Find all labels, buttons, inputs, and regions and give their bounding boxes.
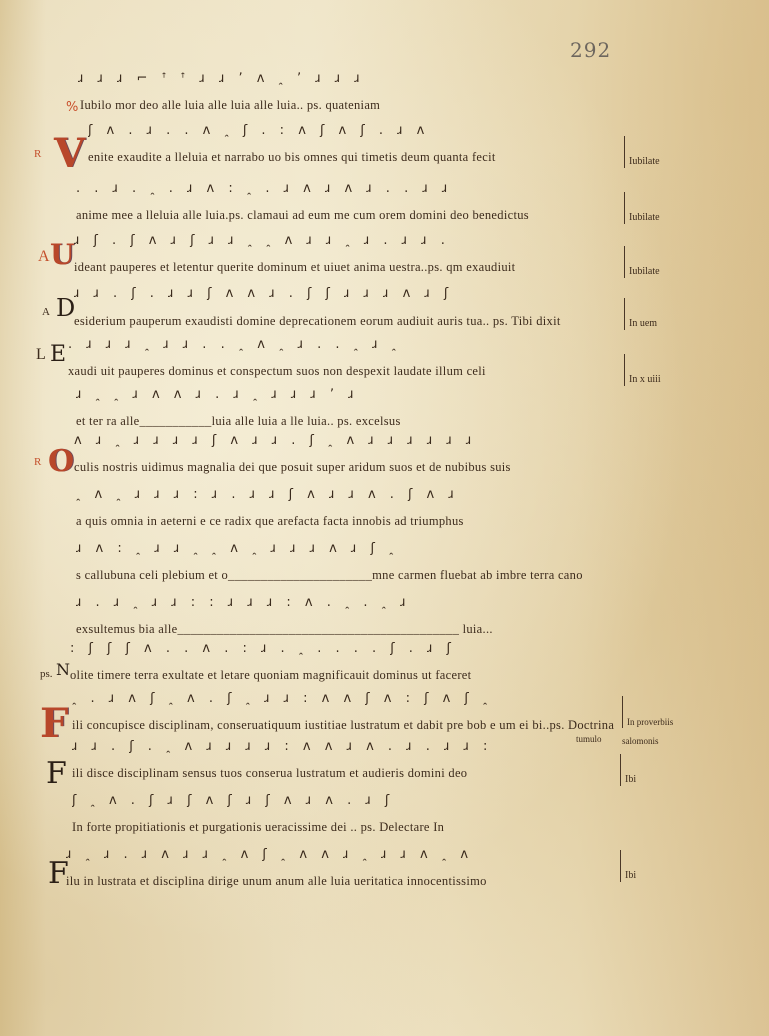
incipit-label: In x uiii xyxy=(624,354,661,386)
rubric-marker: R xyxy=(34,148,41,160)
initial-d: D xyxy=(56,294,75,322)
incipit-label: Iubilate xyxy=(624,136,660,168)
chant-text: exsultemus bia alle_____________________… xyxy=(76,622,493,637)
decorated-initial-o: O xyxy=(48,444,74,479)
decorated-initial-v: V xyxy=(54,130,85,177)
manuscript-page: 292 ɹ ɹ ɹ ⌐ ꜛ ꜛ ɹ ɹ ʼ ʌ ꞈ ʼ ɹ ɹ ɹ Iubilo… xyxy=(0,0,769,1036)
neume-notation: . . ɹ . ꞈ . ɹ ʌ : ꞈ . ɹ ʌ ɹ ʌ ɹ . . ɹ ɹ xyxy=(76,180,556,210)
neume-notation: : ʃ ʃ ʃ ʌ . . ʌ . : ɹ . ꞈ . . . . ʃ . ɹ … xyxy=(70,640,560,670)
neume-notation: ꞈ . ɹ ʌ ʃ ꞈ ʌ . ʃ ꞈ ɹ ɹ : ʌ ʌ ʃ ʌ : ʃ ʌ … xyxy=(72,690,602,720)
correction-mark-icon: % xyxy=(66,100,78,115)
chant-line: ɹ ɹ ɹ ⌐ ꜛ ꜛ ɹ ɹ ʼ ʌ ꞈ ʼ ɹ ɹ ɹ Iubilo mor… xyxy=(78,70,558,116)
chant-text: Iubilo mor deo alle luia alle luia alle … xyxy=(80,98,380,113)
chant-text: esiderium pauperum exaudisti domine depr… xyxy=(74,314,561,329)
initial-n: N xyxy=(56,660,70,679)
chant-line: ɹ ɹ . ʃ . ꞈ ʌ ɹ ɹ ɹ ɹ : ʌ ʌ ɹ ʌ . ɹ . ɹ … xyxy=(72,738,552,784)
incipit-label: Iubilate xyxy=(624,192,660,224)
chant-line: ɹ ɹ . ʃ . ɹ ɹ ʃ ʌ ʌ ɹ . ʃ ʃ ɹ ɹ ɹ ʌ ɹ ʃ … xyxy=(74,286,554,332)
neume-notation: ɹ ɹ . ʃ . ɹ ɹ ʃ ʌ ʌ ɹ . ʃ ʃ ɹ ɹ ɹ ʌ ɹ ʃ xyxy=(74,286,554,316)
chant-line: ɹ ꞈ ɹ . ɹ ʌ ɹ ɹ ꞈ ʌ ʃ ꞈ ʌ ʌ ɹ ꞈ ɹ ɹ ʌ ꞈ … xyxy=(66,846,586,892)
initial-e: E xyxy=(50,342,66,367)
chant-line: . ɹ ɹ ɹ ꞈ ɹ ɹ . . ꞈ ʌ ꞈ ɹ . . ꞈ ɹ ꞈ xaud… xyxy=(68,336,558,382)
initial-f: F xyxy=(46,756,67,791)
blank-parchment-margin xyxy=(0,900,769,1036)
chant-text: In forte propitiationis et purgationis u… xyxy=(72,820,444,835)
chant-text: olite timere terra exultate et letare qu… xyxy=(70,668,471,683)
incipit-label: Ibi xyxy=(620,754,636,786)
rubric-marker: A xyxy=(38,248,50,266)
neume-notation: ꞈ ʌ ꞈ ɹ ɹ ɹ : ɹ . ɹ ɹ ʃ ʌ ɹ ɹ ʌ . ʃ ʌ ɹ xyxy=(76,486,566,516)
neume-notation: ɹ ꞈ ꞈ ɹ ʌ ʌ ɹ . ɹ ꞈ ɹ ɹ ɹ ʼ ɹ xyxy=(76,386,556,416)
chant-text: culis nostris uidimus magnalia dei que p… xyxy=(74,460,511,475)
antiphon-marker: A xyxy=(42,306,50,318)
neume-notation: ɹ ʃ . ʃ ʌ ɹ ʃ ɹ ɹ ꞈ ꞈ ʌ ɹ ɹ ꞈ ɹ . ɹ ɹ . xyxy=(74,232,554,262)
chant-line: ʃ ʌ . ɹ . . ʌ ꞈ ʃ . : ʌ ʃ ʌ ʃ . ɹ ʌ enit… xyxy=(88,122,548,168)
chant-text: ilu in lustrata et disciplina dirige unu… xyxy=(66,874,487,889)
incipit-label: Iubilate xyxy=(624,246,660,278)
neume-notation: ʃ ꞈ ʌ . ʃ ɹ ʃ ʌ ʃ ɹ ʃ ʌ ɹ ʌ . ɹ ʃ xyxy=(72,792,552,822)
chant-text: s callubuna celi plebium et o___________… xyxy=(76,568,583,583)
decorated-initial-f: F xyxy=(40,700,68,747)
rubric-marker: R xyxy=(34,456,41,468)
chant-line: ꞈ . ɹ ʌ ʃ ꞈ ʌ . ʃ ꞈ ɹ ɹ : ʌ ʌ ʃ ʌ : ʃ ʌ … xyxy=(72,690,602,736)
chant-text: enite exaudite a lleluia et narrabo uo b… xyxy=(88,150,496,165)
incipit-label: In proverbiis xyxy=(622,696,673,728)
chant-line: ɹ . ɹ ꞈ ɹ ɹ : : ɹ ɹ ɹ : ʌ . ꞈ . ꞈ ɹ exsu… xyxy=(76,594,576,640)
chant-text: ili concupisce disciplinam, conseruatiqu… xyxy=(72,718,614,733)
folio-number: 292 xyxy=(570,38,611,62)
chant-line: ɹ ꞈ ꞈ ɹ ʌ ʌ ɹ . ɹ ꞈ ɹ ɹ ɹ ʼ ɹ et ter ra … xyxy=(76,386,556,432)
chant-text: ideant pauperes et letentur querite domi… xyxy=(74,260,515,275)
chant-text: a quis omnia in aeterni e ce radix que a… xyxy=(76,514,464,529)
chant-text: xaudi uit pauperes dominus et conspectum… xyxy=(68,364,486,379)
neume-notation: ɹ ʌ : ꞈ ɹ ɹ ꞈ ꞈ ʌ ꞈ ɹ ɹ ɹ ʌ ɹ ʃ ꞈ xyxy=(76,540,576,570)
chant-line: ɹ ʃ . ʃ ʌ ɹ ʃ ɹ ɹ ꞈ ꞈ ʌ ɹ ɹ ꞈ ɹ . ɹ ɹ . … xyxy=(74,232,554,278)
chant-text: et ter ra alle___________luia alle luia … xyxy=(76,414,401,429)
psalm-marker: ps. xyxy=(40,668,53,680)
chant-line: ꞈ ʌ ꞈ ɹ ɹ ɹ : ɹ . ɹ ɹ ʃ ʌ ɹ ɹ ʌ . ʃ ʌ ɹ … xyxy=(76,486,566,532)
chant-line: : ʃ ʃ ʃ ʌ . . ʌ . : ɹ . ꞈ . . . . ʃ . ɹ … xyxy=(70,640,560,686)
chant-line: . . ɹ . ꞈ . ɹ ʌ : ꞈ . ɹ ʌ ɹ ʌ ɹ . . ɹ ɹ … xyxy=(76,180,556,226)
chant-text: ili disce disciplinam sensus tuos conser… xyxy=(72,766,467,781)
decorated-initial-u: U xyxy=(50,238,74,271)
neume-notation: ʃ ʌ . ɹ . . ʌ ꞈ ʃ . : ʌ ʃ ʌ ʃ . ɹ ʌ xyxy=(88,122,548,152)
neume-notation: ɹ ꞈ ɹ . ɹ ʌ ɹ ɹ ꞈ ʌ ʃ ꞈ ʌ ʌ ɹ ꞈ ɹ ɹ ʌ ꞈ … xyxy=(66,846,586,876)
chant-line: ʌ ɹ ꞈ ɹ ɹ ɹ ɹ ʃ ʌ ɹ ɹ . ʃ ꞈ ʌ ɹ ɹ ɹ ɹ ɹ … xyxy=(74,432,564,478)
chant-text: anime mee a lleluia alle luia.ps. clamau… xyxy=(76,208,529,223)
antiphon-marker: L xyxy=(36,346,46,364)
incipit-label: In uem xyxy=(624,298,657,330)
neume-notation: ɹ ɹ . ʃ . ꞈ ʌ ɹ ɹ ɹ ɹ : ʌ ʌ ɹ ʌ . ɹ . ɹ … xyxy=(72,738,552,768)
neume-notation: ɹ . ɹ ꞈ ɹ ɹ : : ɹ ɹ ɹ : ʌ . ꞈ . ꞈ ɹ xyxy=(76,594,576,624)
neume-notation: . ɹ ɹ ɹ ꞈ ɹ ɹ . . ꞈ ʌ ꞈ ɹ . . ꞈ ɹ ꞈ xyxy=(68,336,558,366)
sub-incipit: tumulo xyxy=(576,734,602,744)
chant-line: ʃ ꞈ ʌ . ʃ ɹ ʃ ʌ ʃ ɹ ʃ ʌ ɹ ʌ . ɹ ʃ In for… xyxy=(72,792,552,838)
chant-line: ɹ ʌ : ꞈ ɹ ɹ ꞈ ꞈ ʌ ꞈ ɹ ɹ ɹ ʌ ɹ ʃ ꞈ s call… xyxy=(76,540,576,586)
neume-notation: ʌ ɹ ꞈ ɹ ɹ ɹ ɹ ʃ ʌ ɹ ɹ . ʃ ꞈ ʌ ɹ ɹ ɹ ɹ ɹ … xyxy=(74,432,564,462)
sub-incipit: salomonis xyxy=(622,736,659,746)
neume-notation: ɹ ɹ ɹ ⌐ ꜛ ꜛ ɹ ɹ ʼ ʌ ꞈ ʼ ɹ ɹ ɹ xyxy=(78,70,558,100)
incipit-label: Ibi xyxy=(620,850,636,882)
